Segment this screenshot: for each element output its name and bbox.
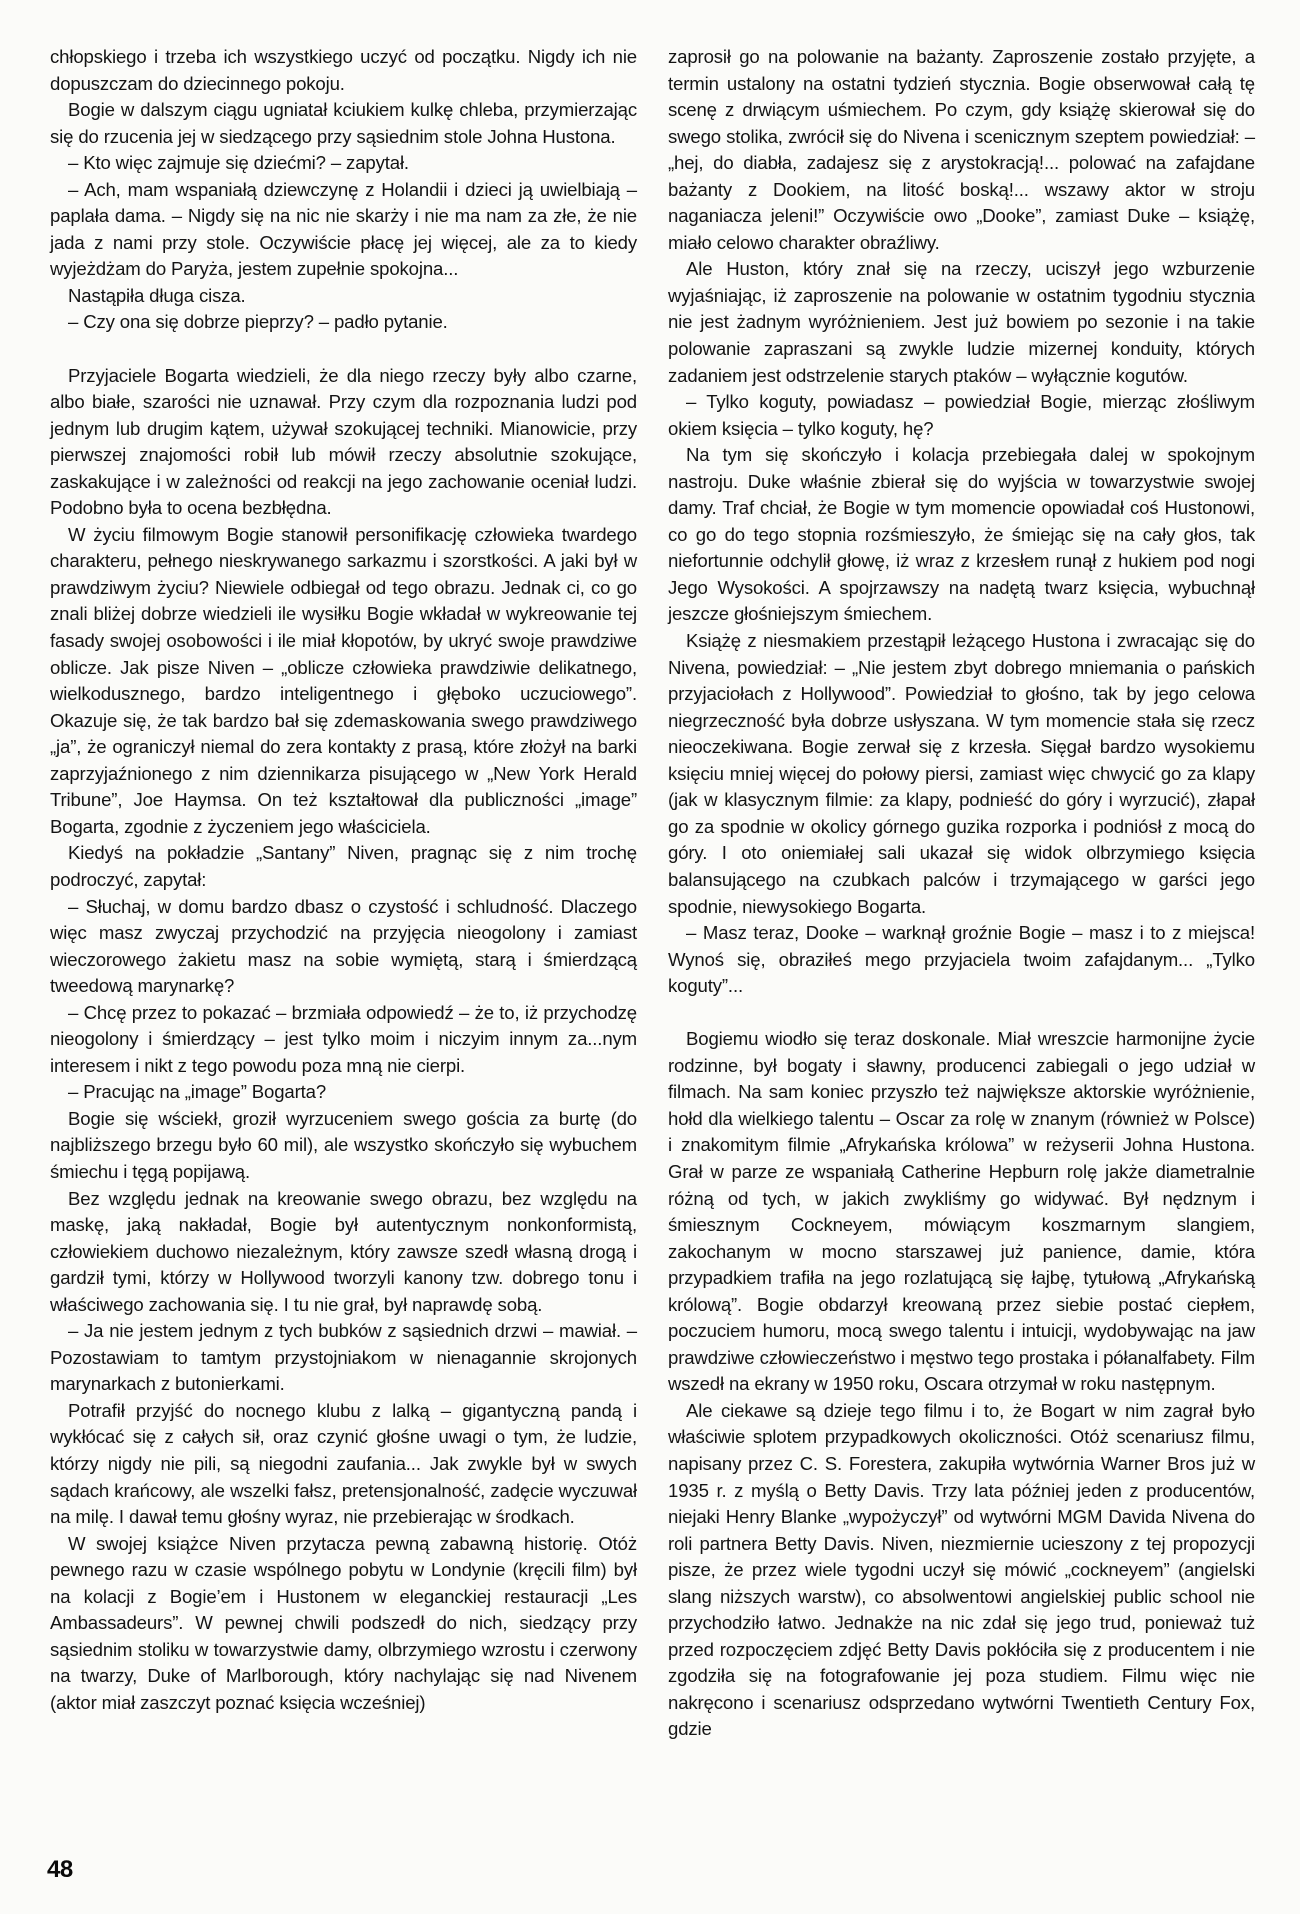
paragraph: chłopskiego i trzeba ich wszystkiego ucz…: [50, 44, 637, 97]
paragraph: Bez względu jednak na kreowanie swego ob…: [50, 1186, 637, 1319]
paragraph: – Pracując na „image” Bogarta?: [50, 1079, 637, 1106]
paragraph: Na tym się skończyło i kolacja przebiega…: [668, 442, 1255, 628]
paragraph: Przyjaciele Bogarta wiedzieli, że dla ni…: [50, 363, 637, 522]
paragraph: zaprosił go na polowanie na bażanty. Zap…: [668, 44, 1255, 256]
left-text-column: chłopskiego i trzeba ich wszystkiego ucz…: [50, 44, 637, 1716]
right-text-column: zaprosił go na polowanie na bażanty. Zap…: [668, 44, 1255, 1743]
paragraph: Potrafił przyjść do nocnego klubu z lalk…: [50, 1398, 637, 1531]
paragraph: – Słuchaj, w domu bardzo dbasz o czystoś…: [50, 894, 637, 1000]
page-number: 48: [47, 1856, 73, 1884]
paragraph: – Ja nie jestem jednym z tych bubków z s…: [50, 1318, 637, 1398]
paragraph: Bogie się wściekł, groził wyrzuceniem sw…: [50, 1106, 637, 1186]
paragraph: Nastąpiła długa cisza.: [50, 283, 637, 310]
paragraph: – Masz teraz, Dooke – warknął groźnie Bo…: [668, 920, 1255, 1000]
paragraph: – Kto więc zajmuje się dziećmi? – zapyta…: [50, 150, 637, 177]
paragraph: – Ach, mam wspaniałą dziewczynę z Holand…: [50, 177, 637, 283]
paragraph: – Czy ona się dobrze pieprzy? – padło py…: [50, 309, 637, 336]
paragraph: Bogiemu wiodło się teraz doskonale. Miał…: [668, 1026, 1255, 1398]
paragraph: Książę z niesmakiem przestąpił leżącego …: [668, 628, 1255, 920]
paragraph: – Tylko koguty, powiadasz – powiedział B…: [668, 389, 1255, 442]
magazine-page: chłopskiego i trzeba ich wszystkiego ucz…: [0, 0, 1300, 1914]
section-break: [50, 336, 637, 363]
paragraph: Ale Huston, który znał się na rzeczy, uc…: [668, 256, 1255, 389]
paragraph: Ale ciekawe są dzieje tego filmu i to, ż…: [668, 1398, 1255, 1743]
paragraph: – Chcę przez to pokazać – brzmiała odpow…: [50, 1000, 637, 1080]
section-break: [668, 1000, 1255, 1027]
paragraph: Kiedyś na pokładzie „Santany” Niven, pra…: [50, 840, 637, 893]
paragraph: W życiu filmowym Bogie stanowił personif…: [50, 522, 637, 841]
paragraph: W swojej książce Niven przytacza pewną z…: [50, 1531, 637, 1717]
paragraph: Bogie w dalszym ciągu ugniatał kciukiem …: [50, 97, 637, 150]
